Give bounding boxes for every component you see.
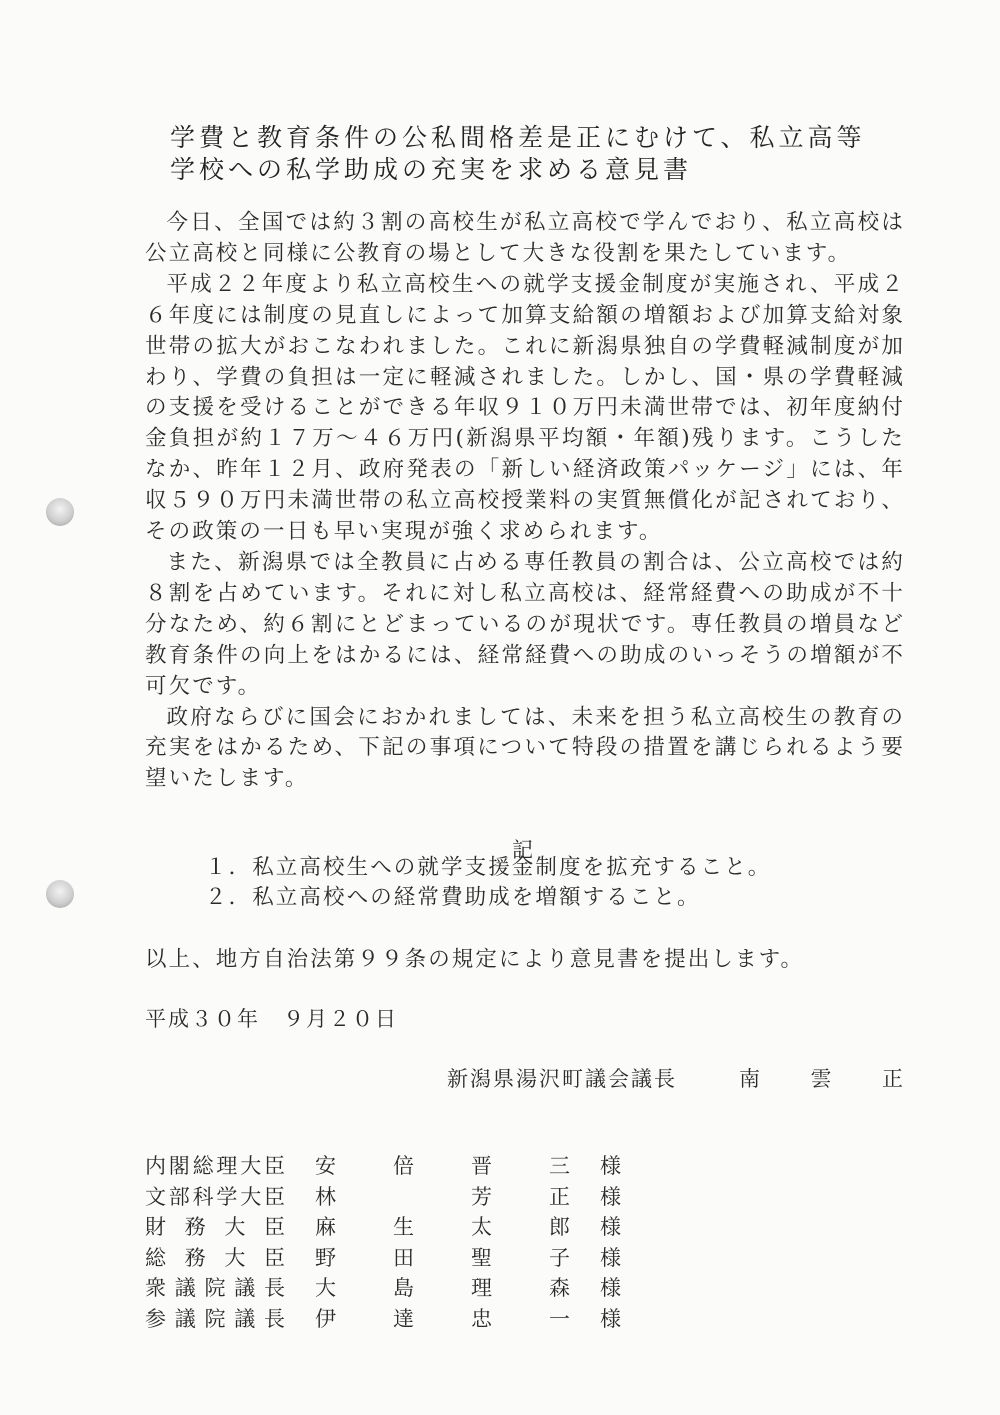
paragraph-3: また、新潟県では全教員に占める専任教員の割合は、公立高校では約８割を占めています…: [145, 548, 905, 703]
name-char: 達: [393, 1303, 414, 1333]
document-body: 今日、全国では約３割の高校生が私立高校で学んでおり、私立高校は公立高校と同様に公…: [145, 208, 905, 795]
recipient-row: 内閣総理大臣安倍晋三様: [145, 1150, 621, 1181]
office-char: 内: [145, 1150, 166, 1180]
office-char: 議: [175, 1303, 196, 1333]
paragraph-2: 平成２２年度より私立高校生への就学支援金制度が実施され、平成２６年度には制度の見…: [145, 270, 905, 548]
recipient-office: 参議院議長: [145, 1303, 285, 1333]
name-char: 正: [549, 1181, 570, 1211]
name-char: 聖: [471, 1242, 492, 1272]
recipient-row: 文部科学大臣林芳正様: [145, 1181, 621, 1212]
request-list: １．私立高校生への就学支援金制度を拡充すること。 ２．私立高校への経常費助成を増…: [205, 853, 771, 913]
recipient-honorific: 様: [600, 1150, 621, 1180]
name-char: 伊: [315, 1303, 336, 1333]
recipient-office: 文部科学大臣: [145, 1181, 285, 1211]
recipient-honorific: 様: [600, 1211, 621, 1241]
name-char: 晋: [471, 1150, 492, 1180]
recipient-row: 衆議院議長大島理森様: [145, 1272, 621, 1303]
recipient-name: 林芳正: [315, 1181, 570, 1211]
name-char: 大: [315, 1272, 336, 1302]
name-char: 太: [471, 1211, 492, 1241]
name-char: 麻: [315, 1211, 336, 1241]
recipient-row: 財務大臣麻生太郎様: [145, 1211, 621, 1242]
office-char: 理: [216, 1150, 237, 1180]
punch-hole-bottom: [46, 880, 74, 908]
office-char: 臣: [264, 1242, 285, 1272]
office-char: 臣: [264, 1181, 285, 1211]
document-date: 平成３０年 ９月２０日: [145, 1003, 398, 1033]
office-char: 長: [264, 1272, 285, 1302]
recipient-office: 総務大臣: [145, 1242, 285, 1272]
office-char: 衆: [145, 1272, 166, 1302]
request-item-2: ２．私立高校への経常費助成を増額すること。: [205, 883, 771, 913]
recipient-name: 安倍晋三: [315, 1150, 570, 1180]
recipient-row: 総務大臣野田聖子様: [145, 1242, 621, 1273]
recipient-honorific: 様: [600, 1242, 621, 1272]
punch-hole-top: [46, 498, 74, 526]
recipient-name: 伊達忠一: [315, 1303, 570, 1333]
office-char: 大: [224, 1211, 245, 1241]
office-char: 大: [240, 1181, 261, 1211]
name-char: 森: [549, 1272, 570, 1302]
recipient-office: 衆議院議長: [145, 1272, 285, 1302]
office-char: 部: [169, 1181, 190, 1211]
office-char: 院: [205, 1303, 226, 1333]
sender-name-char: 南: [739, 1063, 762, 1093]
name-char: 田: [393, 1242, 414, 1272]
recipient-honorific: 様: [600, 1303, 621, 1333]
sender-name-char: 雲: [811, 1063, 834, 1093]
office-char: 務: [185, 1211, 206, 1241]
office-char: 院: [205, 1272, 226, 1302]
recipient-name: 大島理森: [315, 1272, 570, 1302]
office-char: 総: [145, 1242, 166, 1272]
office-char: 議: [234, 1272, 255, 1302]
closing-statement: 以上、地方自治法第９９条の規定により意見書を提出します。: [145, 942, 804, 973]
office-char: 閣: [169, 1150, 190, 1180]
paragraph-1: 今日、全国では約３割の高校生が私立高校で学んでおり、私立高校は公立高校と同様に公…: [145, 208, 905, 270]
sender-name: 南 雲 正: [739, 1063, 905, 1093]
office-char: 大: [240, 1150, 261, 1180]
name-char: 一: [549, 1303, 570, 1333]
document-title: 学費と教育条件の公私間格差是正にむけて、私立高等 学校への私学助成の充実を求める…: [170, 122, 870, 186]
recipient-list: 内閣総理大臣安倍晋三様文部科学大臣林芳正様財務大臣麻生太郎様総務大臣野田聖子様衆…: [145, 1150, 621, 1333]
recipient-name: 麻生太郎: [315, 1211, 570, 1241]
paragraph-4: 政府ならびに国会におかれましては、未来を担う私立高校生の教育の充実をはかるため、…: [145, 703, 905, 796]
office-char: 臣: [264, 1150, 285, 1180]
office-char: 学: [216, 1181, 237, 1211]
name-char: 林: [315, 1181, 336, 1211]
name-char: 島: [393, 1272, 414, 1302]
recipient-name: 野田聖子: [315, 1242, 570, 1272]
office-char: 臣: [264, 1211, 285, 1241]
request-item-1: １．私立高校生への就学支援金制度を拡充すること。: [205, 853, 771, 883]
office-char: 大: [224, 1242, 245, 1272]
sender-block: 新潟県湯沢町議会議長 南 雲 正: [447, 1063, 905, 1093]
office-char: 長: [264, 1303, 285, 1333]
name-char: 野: [315, 1242, 336, 1272]
title-line-1: 学費と教育条件の公私間格差是正にむけて、私立高等: [170, 122, 870, 154]
name-char: 芳: [471, 1181, 492, 1211]
name-char: 子: [549, 1242, 570, 1272]
sender-name-char: 正: [882, 1063, 905, 1093]
recipient-honorific: 様: [600, 1181, 621, 1211]
office-char: 参: [145, 1303, 166, 1333]
name-char: 三: [549, 1150, 570, 1180]
office-char: 務: [185, 1242, 206, 1272]
office-char: 財: [145, 1211, 166, 1241]
sender-organization: 新潟県湯沢町議会議長: [447, 1063, 677, 1093]
office-char: 議: [234, 1303, 255, 1333]
recipient-office: 財務大臣: [145, 1211, 285, 1241]
name-char: 生: [393, 1211, 414, 1241]
name-char: [393, 1181, 414, 1211]
office-char: 科: [193, 1181, 214, 1211]
name-char: 理: [471, 1272, 492, 1302]
office-char: 議: [175, 1272, 196, 1302]
name-char: 安: [315, 1150, 336, 1180]
office-char: 総: [193, 1150, 214, 1180]
recipient-honorific: 様: [600, 1272, 621, 1302]
name-char: 忠: [471, 1303, 492, 1333]
recipient-office: 内閣総理大臣: [145, 1150, 285, 1180]
name-char: 郎: [549, 1211, 570, 1241]
name-char: 倍: [393, 1150, 414, 1180]
title-line-2: 学校への私学助成の充実を求める意見書: [170, 154, 870, 186]
recipient-row: 参議院議長伊達忠一様: [145, 1303, 621, 1334]
office-char: 文: [145, 1181, 166, 1211]
